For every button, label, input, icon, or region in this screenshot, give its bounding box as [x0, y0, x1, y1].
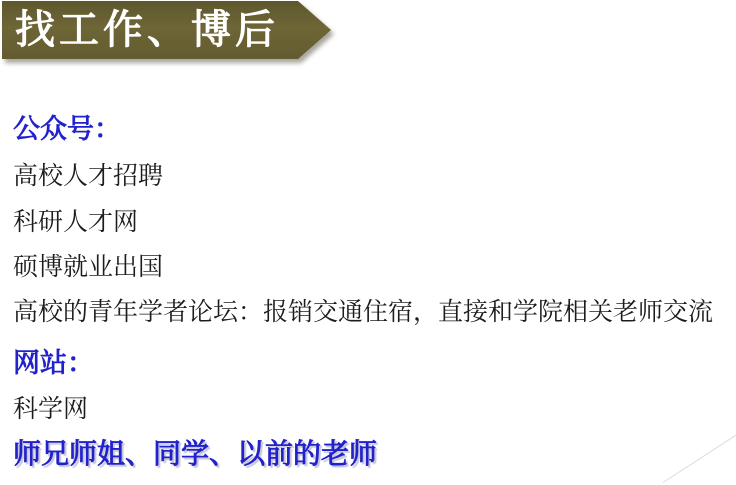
list-item: 高校人才招聘: [13, 162, 163, 191]
list-item: 科研人才网: [13, 208, 138, 237]
list-item: 硕博就业出国: [13, 253, 163, 282]
decorative-diagonal-line: [663, 434, 736, 483]
section-heading-official-accounts: 公众号：: [13, 114, 121, 145]
list-item: 高校的青年学者论坛：报销交通住宿，直接和学院相关老师交流: [13, 298, 713, 327]
title-banner: 找工作、博后: [0, 0, 345, 72]
section-heading-people: 师兄师姐、同学、以前的老师: [13, 439, 377, 471]
list-item: 科学网: [13, 395, 88, 424]
section-heading-websites: 网站：: [13, 348, 94, 379]
slide-title: 找工作、博后: [15, 7, 315, 53]
